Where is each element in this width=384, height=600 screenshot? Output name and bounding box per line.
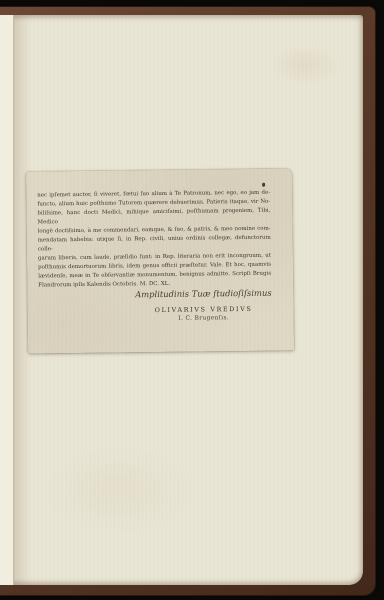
- ink-speck: [262, 183, 265, 187]
- page-fore-edge: [0, 15, 14, 585]
- closing-salutation: Amplitudinis Tuæ ſtudioſiſsimus: [127, 288, 279, 300]
- page-stain: [40, 445, 200, 535]
- book-page: nec ipſemet auctor, ſi viveret, fœtui ſu…: [0, 15, 363, 585]
- gutter-shadow: [13, 15, 31, 585]
- tipped-in-leaf: nec ipſemet auctor, ſi viveret, fœtui ſu…: [26, 168, 294, 353]
- author-title: I. C. Brugenſis.: [128, 315, 280, 323]
- page-stain: [270, 45, 340, 85]
- author-name: OLIVARIVS VREDIVS: [128, 306, 280, 315]
- book-photo: nec ipſemet auctor, ſi viveret, fœtui ſu…: [0, 0, 384, 600]
- dedication-paragraph: nec ipſemet auctor, ſi viveret, fœtui ſu…: [37, 189, 271, 291]
- closing-block: Amplitudinis Tuæ ſtudioſiſsimus OLIVARIV…: [127, 288, 279, 323]
